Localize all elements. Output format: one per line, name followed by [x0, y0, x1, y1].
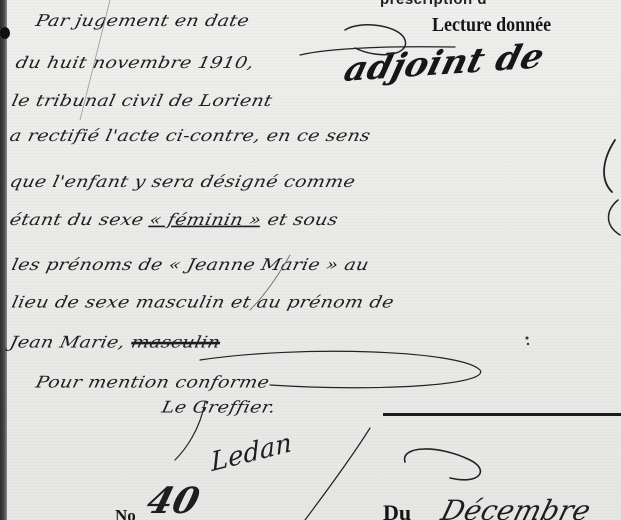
margin-line-7: les prénoms de « Jeanne Marie » au: [10, 255, 371, 274]
margin-text-jean-marie: Jean Marie,: [8, 333, 127, 352]
margin-line-10: Pour mention conforme: [34, 373, 271, 392]
margin-line-1: Par jugement en date: [34, 11, 251, 30]
margin-line-9: Jean Marie, masculin: [8, 333, 222, 352]
margin-text-feminin: « féminin »: [148, 210, 264, 229]
printed-du-label: Du: [383, 500, 411, 520]
printed-number-label: No: [115, 506, 136, 520]
margin-line-8: lieu de sexe masculin et au prénom de: [10, 293, 396, 312]
margin-line-greffier: Le Greffier.: [160, 398, 277, 417]
margin-line-6: étant du sexe « féminin » et sous: [8, 210, 340, 229]
binding-hole: [0, 27, 10, 39]
margin-text-struck-masculin: masculin: [129, 333, 222, 352]
margin-line-4: a rectifié l'acte ci-contre, en ce sens: [8, 126, 372, 145]
binding-edge: [0, 0, 7, 520]
margin-line-3: le tribunal civil de Lorient: [10, 91, 274, 110]
greffier-signature: Ledan: [210, 428, 293, 478]
margin-line-2: du huit novembre 1910,: [14, 53, 256, 72]
margin-text-et-sous: et sous: [266, 210, 340, 229]
act-date-month: Décembre: [438, 494, 595, 520]
separator-rule: [383, 413, 621, 416]
adjoint-text: adjoint de: [340, 37, 548, 90]
margin-text-sexe: étant du sexe: [8, 210, 145, 229]
act-number: 40: [142, 480, 204, 520]
document-page: prescription d' Lecture donnée Par jugem…: [0, 0, 621, 520]
margin-line-5: que l'enfant y sera désigné comme: [8, 172, 357, 191]
printed-heading-lecture-donnee: Lecture donnée: [432, 14, 551, 37]
printed-header-fragment: prescription d': [380, 0, 491, 8]
